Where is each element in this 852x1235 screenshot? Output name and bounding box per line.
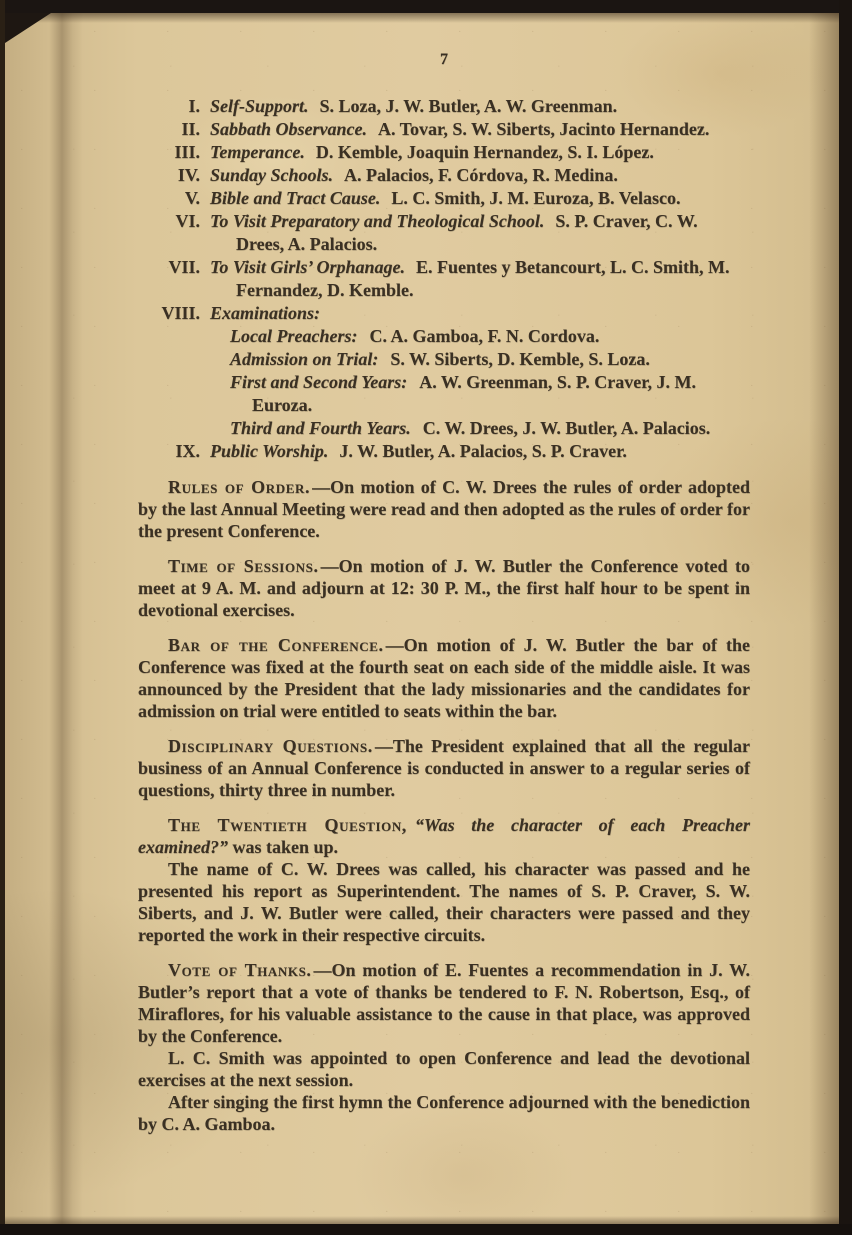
paragraph-body: L. C. Smith was appointed to open Confer…: [138, 1048, 750, 1090]
examination-title: First and Second Years:: [230, 372, 407, 392]
character-examinations-paragraph: The name of C. W. Drees was called, his …: [138, 858, 750, 946]
twentieth-question-paragraph: The Twentieth Question,“Was the characte…: [138, 814, 750, 858]
scan-edge-bottom: [0, 1224, 852, 1235]
paragraph-body: After singing the first hymn the Confere…: [138, 1092, 750, 1134]
committee-title: Public Worship.: [210, 441, 328, 461]
book-page: 7 I. Self-Support.S. Loza, J. W. Butler,…: [5, 13, 839, 1224]
next-session-paragraph: L. C. Smith was appointed to open Confer…: [138, 1047, 750, 1091]
disciplinary-questions-paragraph: Disciplinary Questions.—The President ex…: [138, 735, 750, 801]
examination-title: Local Preachers:: [230, 326, 357, 346]
committee-list: I. Self-Support.S. Loza, J. W. Butler, A…: [138, 95, 750, 463]
paragraph-heading: Rules of Order.: [168, 477, 310, 497]
committee-numeral: III.: [138, 141, 210, 164]
committee-item: VI. To Visit Preparatory and Theological…: [138, 210, 750, 256]
committee-members: A. Palacios, F. Córdova, R. Medina.: [344, 165, 618, 185]
committee-numeral: IV.: [138, 164, 210, 187]
committee-numeral: II.: [138, 118, 210, 141]
page-corner-shadow: [5, 13, 51, 43]
time-of-sessions-paragraph: Time of Sessions.—On motion of J. W. But…: [138, 555, 750, 621]
page-right-shadow: [809, 13, 839, 1224]
examination-members: C. A. Gamboa, F. N. Cordova.: [369, 326, 599, 346]
committee-members: D. Kemble, Joaquin Hernandez, S. I. Lópe…: [316, 142, 654, 162]
committee-title: Sabbath Observance.: [210, 119, 367, 139]
committee-title: Self-Support.: [210, 96, 309, 116]
page-bottom-shadow: [5, 1216, 839, 1224]
paragraph-body: was taken up.: [228, 837, 338, 857]
committee-members: A. Tovar, S. W. Siberts, Jacinto Hernand…: [378, 119, 709, 139]
paragraph-heading: Bar of the Conference.: [168, 635, 384, 655]
committee-title: Bible and Tract Cause.: [210, 188, 380, 208]
paragraph-heading: The Twentieth Question,: [168, 815, 407, 835]
committee-title: Sunday Schools.: [210, 165, 333, 185]
committee-item: VII. To Visit Girls’ Orphanage.E. Fuente…: [138, 256, 750, 302]
paragraph-body: The name of C. W. Drees was called, his …: [138, 859, 750, 945]
committee-numeral: VIII.: [138, 302, 210, 325]
committee-item: III. Temperance.D. Kemble, Joaquin Herna…: [138, 141, 750, 164]
binding-crease: [49, 13, 83, 1224]
committee-title: Temperance.: [210, 142, 305, 162]
paragraph-heading: Time of Sessions.: [168, 556, 319, 576]
committee-members: J. W. Butler, A. Palacios, S. P. Craver.: [339, 441, 627, 461]
scan-edge-top: [0, 0, 852, 13]
examination-item: Local Preachers:C. A. Gamboa, F. N. Cord…: [230, 325, 750, 348]
committee-item: VIII. Examinations:: [138, 302, 750, 325]
vote-of-thanks-paragraph: Vote of Thanks.—On motion of E. Fuentes …: [138, 959, 750, 1047]
page-top-shadow: [5, 13, 839, 23]
committee-item: IV. Sunday Schools.A. Palacios, F. Córdo…: [138, 164, 750, 187]
committee-numeral: IX.: [138, 440, 210, 463]
scan-edge-right: [839, 0, 852, 1235]
bar-of-conference-paragraph: Bar of the Conference.—On motion of J. W…: [138, 634, 750, 722]
committee-item: II. Sabbath Observance.A. Tovar, S. W. S…: [138, 118, 750, 141]
committee-item: I. Self-Support.S. Loza, J. W. Butler, A…: [138, 95, 750, 118]
examination-title: Third and Fourth Years.: [230, 418, 411, 438]
committee-members: L. C. Smith, J. M. Euroza, B. Velasco.: [391, 188, 680, 208]
examination-item: Third and Fourth Years.C. W. Drees, J. W…: [230, 417, 750, 440]
examination-item: First and Second Years:A. W. Greenman, S…: [230, 371, 750, 417]
examination-sublist: Local Preachers:C. A. Gamboa, F. N. Cord…: [138, 325, 750, 440]
adjournment-paragraph: After singing the first hymn the Confere…: [138, 1091, 750, 1135]
rules-of-order-paragraph: Rules of Order.—On motion of C. W. Drees…: [138, 476, 750, 542]
committee-item: IX. Public Worship.J. W. Butler, A. Pala…: [138, 440, 750, 463]
committee-numeral: V.: [138, 187, 210, 210]
committee-title: Examinations:: [210, 303, 320, 323]
page-content: 7 I. Self-Support.S. Loza, J. W. Butler,…: [138, 49, 750, 1135]
committee-title: To Visit Girls’ Orphanage.: [210, 257, 405, 277]
committee-numeral: VII.: [138, 256, 210, 302]
examination-item: Admission on Trial:S. W. Siberts, D. Kem…: [230, 348, 750, 371]
examination-members: C. W. Drees, J. W. Butler, A. Palacios.: [423, 418, 711, 438]
page-number: 7: [138, 49, 750, 71]
committee-numeral: VI.: [138, 210, 210, 256]
committee-members: S. Loza, J. W. Butler, A. W. Greenman.: [320, 96, 618, 116]
examination-members: S. W. Siberts, D. Kemble, S. Loza.: [390, 349, 650, 369]
committee-title: To Visit Preparatory and Theological Sch…: [210, 211, 544, 231]
examination-title: Admission on Trial:: [230, 349, 378, 369]
paragraph-heading: Disciplinary Questions.: [168, 736, 373, 756]
paragraph-heading: Vote of Thanks.: [168, 960, 312, 980]
committee-item: V. Bible and Tract Cause.L. C. Smith, J.…: [138, 187, 750, 210]
committee-numeral: I.: [138, 95, 210, 118]
